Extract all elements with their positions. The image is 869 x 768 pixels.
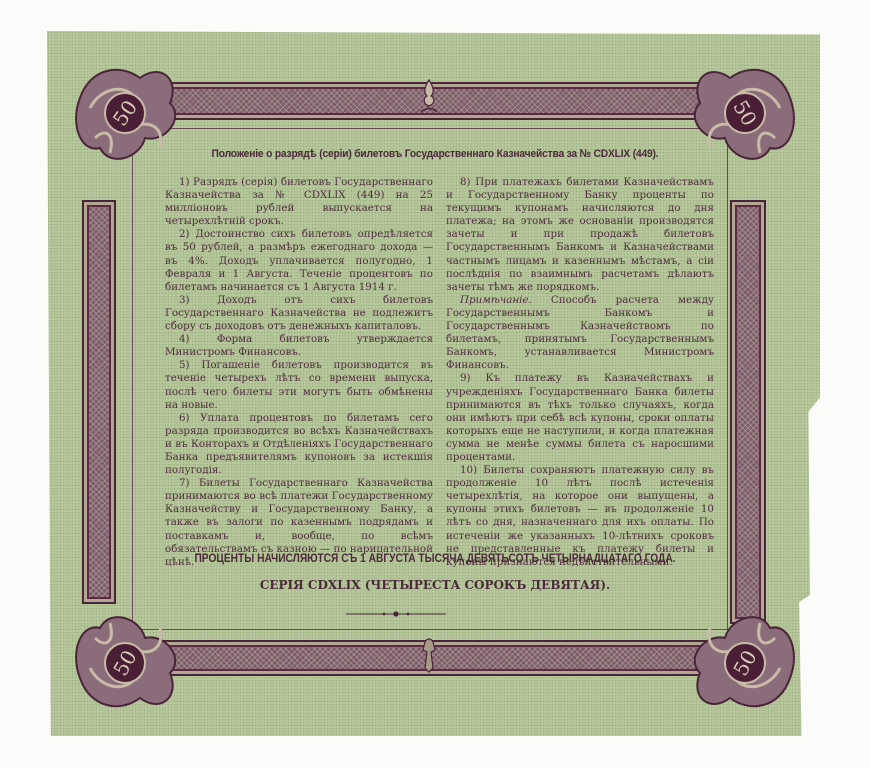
denomination-medallion-icon: 50 <box>70 58 190 178</box>
clause-6: 6) Уплата процентовъ по билетамъ сего ра… <box>165 412 433 477</box>
crest-icon <box>417 636 441 676</box>
note-label: Примѣчаніе. <box>460 294 532 306</box>
corner-ornament-top-right: 50 <box>680 58 800 178</box>
corner-ornament-top-left: 50 <box>70 58 190 178</box>
interest-statement: ПРОЦЕНТЫ НАЧИСЛЯЮТСЯ СЪ 1 АВГУСТА ТЫСЯЧА… <box>175 552 694 565</box>
denomination-medallion-icon: 50 <box>680 598 800 718</box>
clause-note: Примѣчаніе. Способъ расчета между Госуда… <box>446 294 714 373</box>
denomination-medallion-icon: 50 <box>680 58 800 178</box>
document-title: Положеніе о разрядѣ (серіи) билетовъ Гос… <box>179 148 692 160</box>
clause-1: 1) Разрядъ (серія) билетовъ Государствен… <box>165 176 433 228</box>
clause-5: 5) Погашеніе билетовъ производится въ те… <box>165 359 433 411</box>
clause-4: 4) Форма билетовъ утверждается Министром… <box>165 333 433 359</box>
clause-2: 2) Достоинство сихъ билетовъ опредѣляетс… <box>165 228 433 293</box>
clause-9: 9) Къ платежу въ Казначействахъ и учрежд… <box>446 372 714 464</box>
left-text-column: 1) Разрядъ (серія) билетовъ Государствен… <box>165 176 433 569</box>
series-statement: СЕРІЯ CDXLIX (ЧЕТЫРЕСТА СОРОКЪ ДЕВЯТАЯ). <box>140 578 730 592</box>
corner-ornament-bottom-left: 50 <box>70 598 190 718</box>
clause-8: 8) При платежахъ билетами Казначействамъ… <box>446 176 714 294</box>
right-text-column: 8) При платежахъ билетами Казначействамъ… <box>446 176 714 569</box>
denomination-medallion-icon: 50 <box>70 598 190 718</box>
corner-ornament-bottom-right: 50 <box>680 598 800 718</box>
fleur-de-lis-icon <box>417 78 441 118</box>
clause-3: 3) Доходъ отъ сихъ билетовъ Государствен… <box>165 294 433 333</box>
border-band-right <box>730 200 766 624</box>
ornamental-divider <box>346 605 446 617</box>
border-band-left <box>82 200 116 604</box>
